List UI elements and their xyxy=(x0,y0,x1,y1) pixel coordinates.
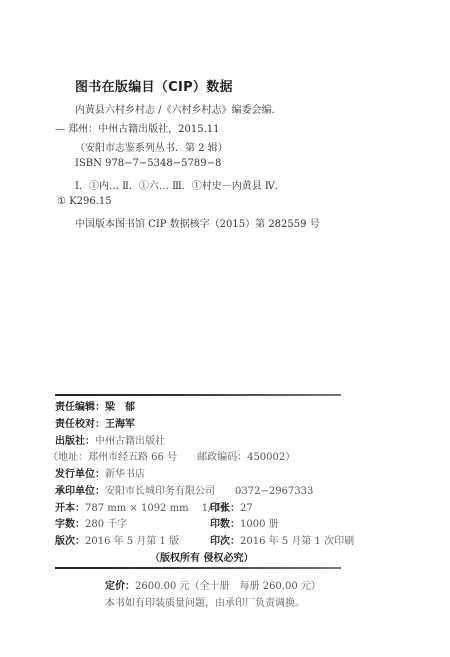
quality-note: 本书如有印装质量问题，由承印厂负责调换。 xyxy=(105,594,305,609)
proofreader-value: 王海军 xyxy=(105,419,135,430)
printer-label: 承印单位： xyxy=(55,486,105,497)
price-label: 定价： xyxy=(105,581,135,592)
cip-line-record-number: 中国版本图书馆 CIP 数据核字（2015）第 282559 号 xyxy=(75,215,320,230)
print-run-value: 1000 册 xyxy=(240,519,279,530)
words-value: 280 千字 xyxy=(85,519,127,530)
credit-sheets: 印张：27 xyxy=(210,499,253,514)
cip-title: 图书在版编目（CIP）数据 xyxy=(75,76,233,95)
format-value: 787 mm × 1092 mm 1/ 16 xyxy=(85,503,227,514)
format-label: 开本： xyxy=(55,503,85,514)
credit-print-run: 印数：1000 册 xyxy=(210,515,279,530)
credit-printer: 承印单位：安阳市长城印务有限公司 0372−2967333 xyxy=(55,482,313,497)
printer-value: 安阳市长城印务有限公司 0372−2967333 xyxy=(105,486,313,497)
copyright-notice: （版权所有 侵权必究） xyxy=(150,549,253,564)
impression-label: 印次： xyxy=(210,536,240,547)
credit-impression: 印次：2016 年 5 月第 1 次印刷 xyxy=(210,532,354,547)
cip-line-isbn: ISBN 978−7−5348−5789−8 xyxy=(75,158,221,169)
words-label: 字数： xyxy=(55,519,85,530)
price-value: 2600.00 元（全十册 每册 260.00 元） xyxy=(135,581,321,592)
editor-value: 梁 郁 xyxy=(105,402,135,413)
credit-distributor: 发行单位：新华书店 xyxy=(55,465,145,480)
price-line: 定价：2600.00 元（全十册 每册 260.00 元） xyxy=(105,577,321,592)
credit-format: 开本：787 mm × 1092 mm 1/ 16 xyxy=(55,499,227,514)
cip-line-series: （安阳市志鉴系列丛书．第 2 辑） xyxy=(75,139,228,154)
credit-words: 字数：280 千字 xyxy=(55,515,127,530)
proofreader-label: 责任校对： xyxy=(55,419,105,430)
edition-label: 版次： xyxy=(55,536,85,547)
sheets-label: 印张： xyxy=(210,503,240,514)
sheets-value: 27 xyxy=(240,503,253,514)
credit-proofreader: 责任校对：王海军 xyxy=(55,415,135,430)
distributor-label: 发行单位： xyxy=(55,469,105,480)
cip-line-publication: — 郑州：中州古籍出版社，2015.11 xyxy=(55,120,220,135)
distributor-value: 新华书店 xyxy=(105,469,145,480)
credit-editor: 责任编辑：梁 郁 xyxy=(55,398,135,413)
bottom-divider xyxy=(55,567,341,569)
cip-line-subjects: Ⅰ．①内… Ⅱ．①六… Ⅲ．①村史－内黄县 Ⅳ． xyxy=(75,177,285,192)
publisher-value: 中州古籍出版社 xyxy=(95,436,165,447)
credit-publisher: 出版社：中州古籍出版社 xyxy=(55,432,165,447)
print-run-label: 印数： xyxy=(210,519,240,530)
editor-label: 责任编辑： xyxy=(55,402,105,413)
credit-address: （地址：郑州市经五路 66 号 邮政编码：450002） xyxy=(48,448,295,463)
cip-line-classification: ① K296.15 xyxy=(57,196,112,207)
credit-edition: 版次：2016 年 5 月第 1 版 xyxy=(55,532,179,547)
top-divider xyxy=(55,394,341,396)
cip-line-author: 内黄县六村乡村志 /《六村乡村志》编委会编. xyxy=(75,101,275,116)
publisher-label: 出版社： xyxy=(55,436,95,447)
impression-value: 2016 年 5 月第 1 次印刷 xyxy=(240,536,354,547)
edition-value: 2016 年 5 月第 1 版 xyxy=(85,536,179,547)
